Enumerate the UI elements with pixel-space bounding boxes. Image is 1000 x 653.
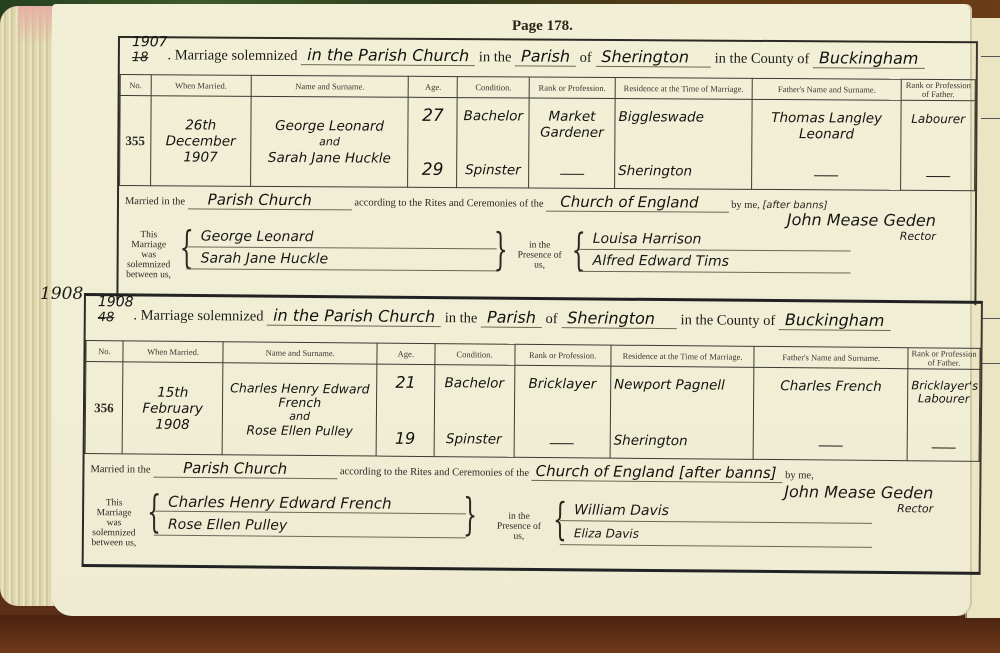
groom-name: Charles Henry Edward French bbox=[226, 381, 373, 410]
blank-dash bbox=[926, 175, 950, 176]
when-married: 15thFebruary1908 bbox=[122, 362, 223, 455]
bride-name: Sarah Jane Huckle bbox=[254, 149, 405, 166]
table-row: 356 15thFebruary1908 Charles Henry Edwar… bbox=[85, 362, 980, 462]
ranks: Bricklayer bbox=[514, 365, 611, 458]
ranks: Market Gardener bbox=[529, 98, 615, 189]
ages: 2119 bbox=[376, 364, 434, 456]
residences: BiggleswadeSherington bbox=[615, 99, 753, 190]
conditions: BachelorSpinster bbox=[457, 98, 529, 188]
blank-dash bbox=[560, 173, 584, 174]
parish-name: Sherington bbox=[561, 308, 677, 329]
witness-2-signature: Eliza Davis bbox=[560, 526, 872, 548]
witness-signatures: { Louisa Harrison Alfred Edward Tims bbox=[565, 229, 865, 279]
table-surface bbox=[0, 615, 1000, 653]
fathers-names: Charles French bbox=[753, 367, 908, 460]
witness-signatures: { William Davis Eliza Davis bbox=[546, 498, 886, 553]
table-row: 355 26thDecember1907 George Leonard and … bbox=[120, 96, 976, 191]
married-in-value: Parish Church bbox=[153, 459, 337, 480]
register-table: No.When Married.Name and Surname.Age.Con… bbox=[85, 340, 981, 462]
blank-dash bbox=[931, 447, 955, 448]
solemnized-label: This Marriage was solemnized between us, bbox=[125, 230, 173, 280]
names: George Leonard and Sarah Jane Huckle bbox=[250, 96, 408, 187]
conditions: BachelorSpinster bbox=[434, 365, 515, 458]
bride-signature: Rose Ellen Pulley bbox=[154, 517, 466, 539]
ceremony-place: in the Parish Church bbox=[301, 45, 475, 66]
couple-signatures: { Charles Henry Edward French Rose Ellen… bbox=[140, 490, 480, 545]
bride-name: Rose Ellen Pulley bbox=[226, 423, 373, 438]
presence-label: in the Presence of us, bbox=[494, 512, 544, 542]
page-number: Page 178. bbox=[512, 18, 573, 35]
married-in-value: Parish Church bbox=[188, 190, 352, 210]
county-name: Buckingham bbox=[779, 310, 891, 331]
groom-name: George Leonard bbox=[254, 117, 405, 134]
entry-year: 190848 bbox=[96, 307, 130, 323]
residences: Newport PagnellSherington bbox=[610, 366, 754, 459]
register-table: No.When Married.Name and Surname.Age.Con… bbox=[119, 74, 976, 191]
book-page-edges bbox=[0, 6, 60, 606]
rites-value: Church of England bbox=[546, 193, 728, 213]
entry-number: 355 bbox=[120, 96, 151, 186]
margin-annotation: 1908 bbox=[40, 284, 83, 304]
marriage-entry-355: 190718 . Marriage solemnized in the Pari… bbox=[116, 36, 978, 305]
when-married: 26thDecember1907 bbox=[150, 96, 251, 187]
entry-number: 356 bbox=[85, 362, 123, 454]
fathers-ranks: Labourer bbox=[901, 100, 975, 190]
marriage-entry-356: 190848 . Marriage solemnized in the Pari… bbox=[82, 293, 983, 575]
district-type: Parish bbox=[481, 307, 542, 328]
blank-dash bbox=[818, 445, 842, 446]
couple-signatures: { George Leonard Sarah Jane Huckle } bbox=[173, 226, 511, 276]
groom-signature: George Leonard bbox=[187, 228, 497, 249]
blank-dash bbox=[814, 175, 838, 176]
witness-2-signature: Alfred Edward Tims bbox=[579, 253, 851, 274]
rites-value: Church of England [after banns] bbox=[532, 462, 783, 483]
bride-signature: Sarah Jane Huckle bbox=[187, 250, 497, 271]
county-name: Buckingham bbox=[813, 48, 925, 69]
witness-1-signature: Louisa Harrison bbox=[579, 231, 851, 252]
parish-name: Sherington bbox=[595, 47, 711, 68]
presence-label: in the Presence of us, bbox=[515, 240, 565, 270]
blank-dash bbox=[550, 443, 574, 444]
solemnized-label: This Marriage was solemnized between us, bbox=[90, 498, 138, 548]
fathers-ranks: Bricklayer's Labourer bbox=[907, 369, 980, 462]
names: Charles Henry Edward French and Rose Ell… bbox=[222, 363, 377, 456]
entry-year: 190718 bbox=[130, 47, 164, 63]
district-type: Parish bbox=[515, 46, 576, 66]
ceremony-place: in the Parish Church bbox=[267, 306, 441, 328]
fathers-names: Thomas Langley Leonard bbox=[752, 99, 902, 190]
entry-header: 190848 . Marriage solemnized in the Pari… bbox=[96, 304, 971, 342]
groom-signature: Charles Henry Edward French bbox=[154, 493, 466, 515]
witness-1-signature: William Davis bbox=[560, 502, 872, 524]
ages: 2729 bbox=[408, 97, 458, 187]
married-in-line: Married in the Parish Church according t… bbox=[90, 458, 973, 484]
